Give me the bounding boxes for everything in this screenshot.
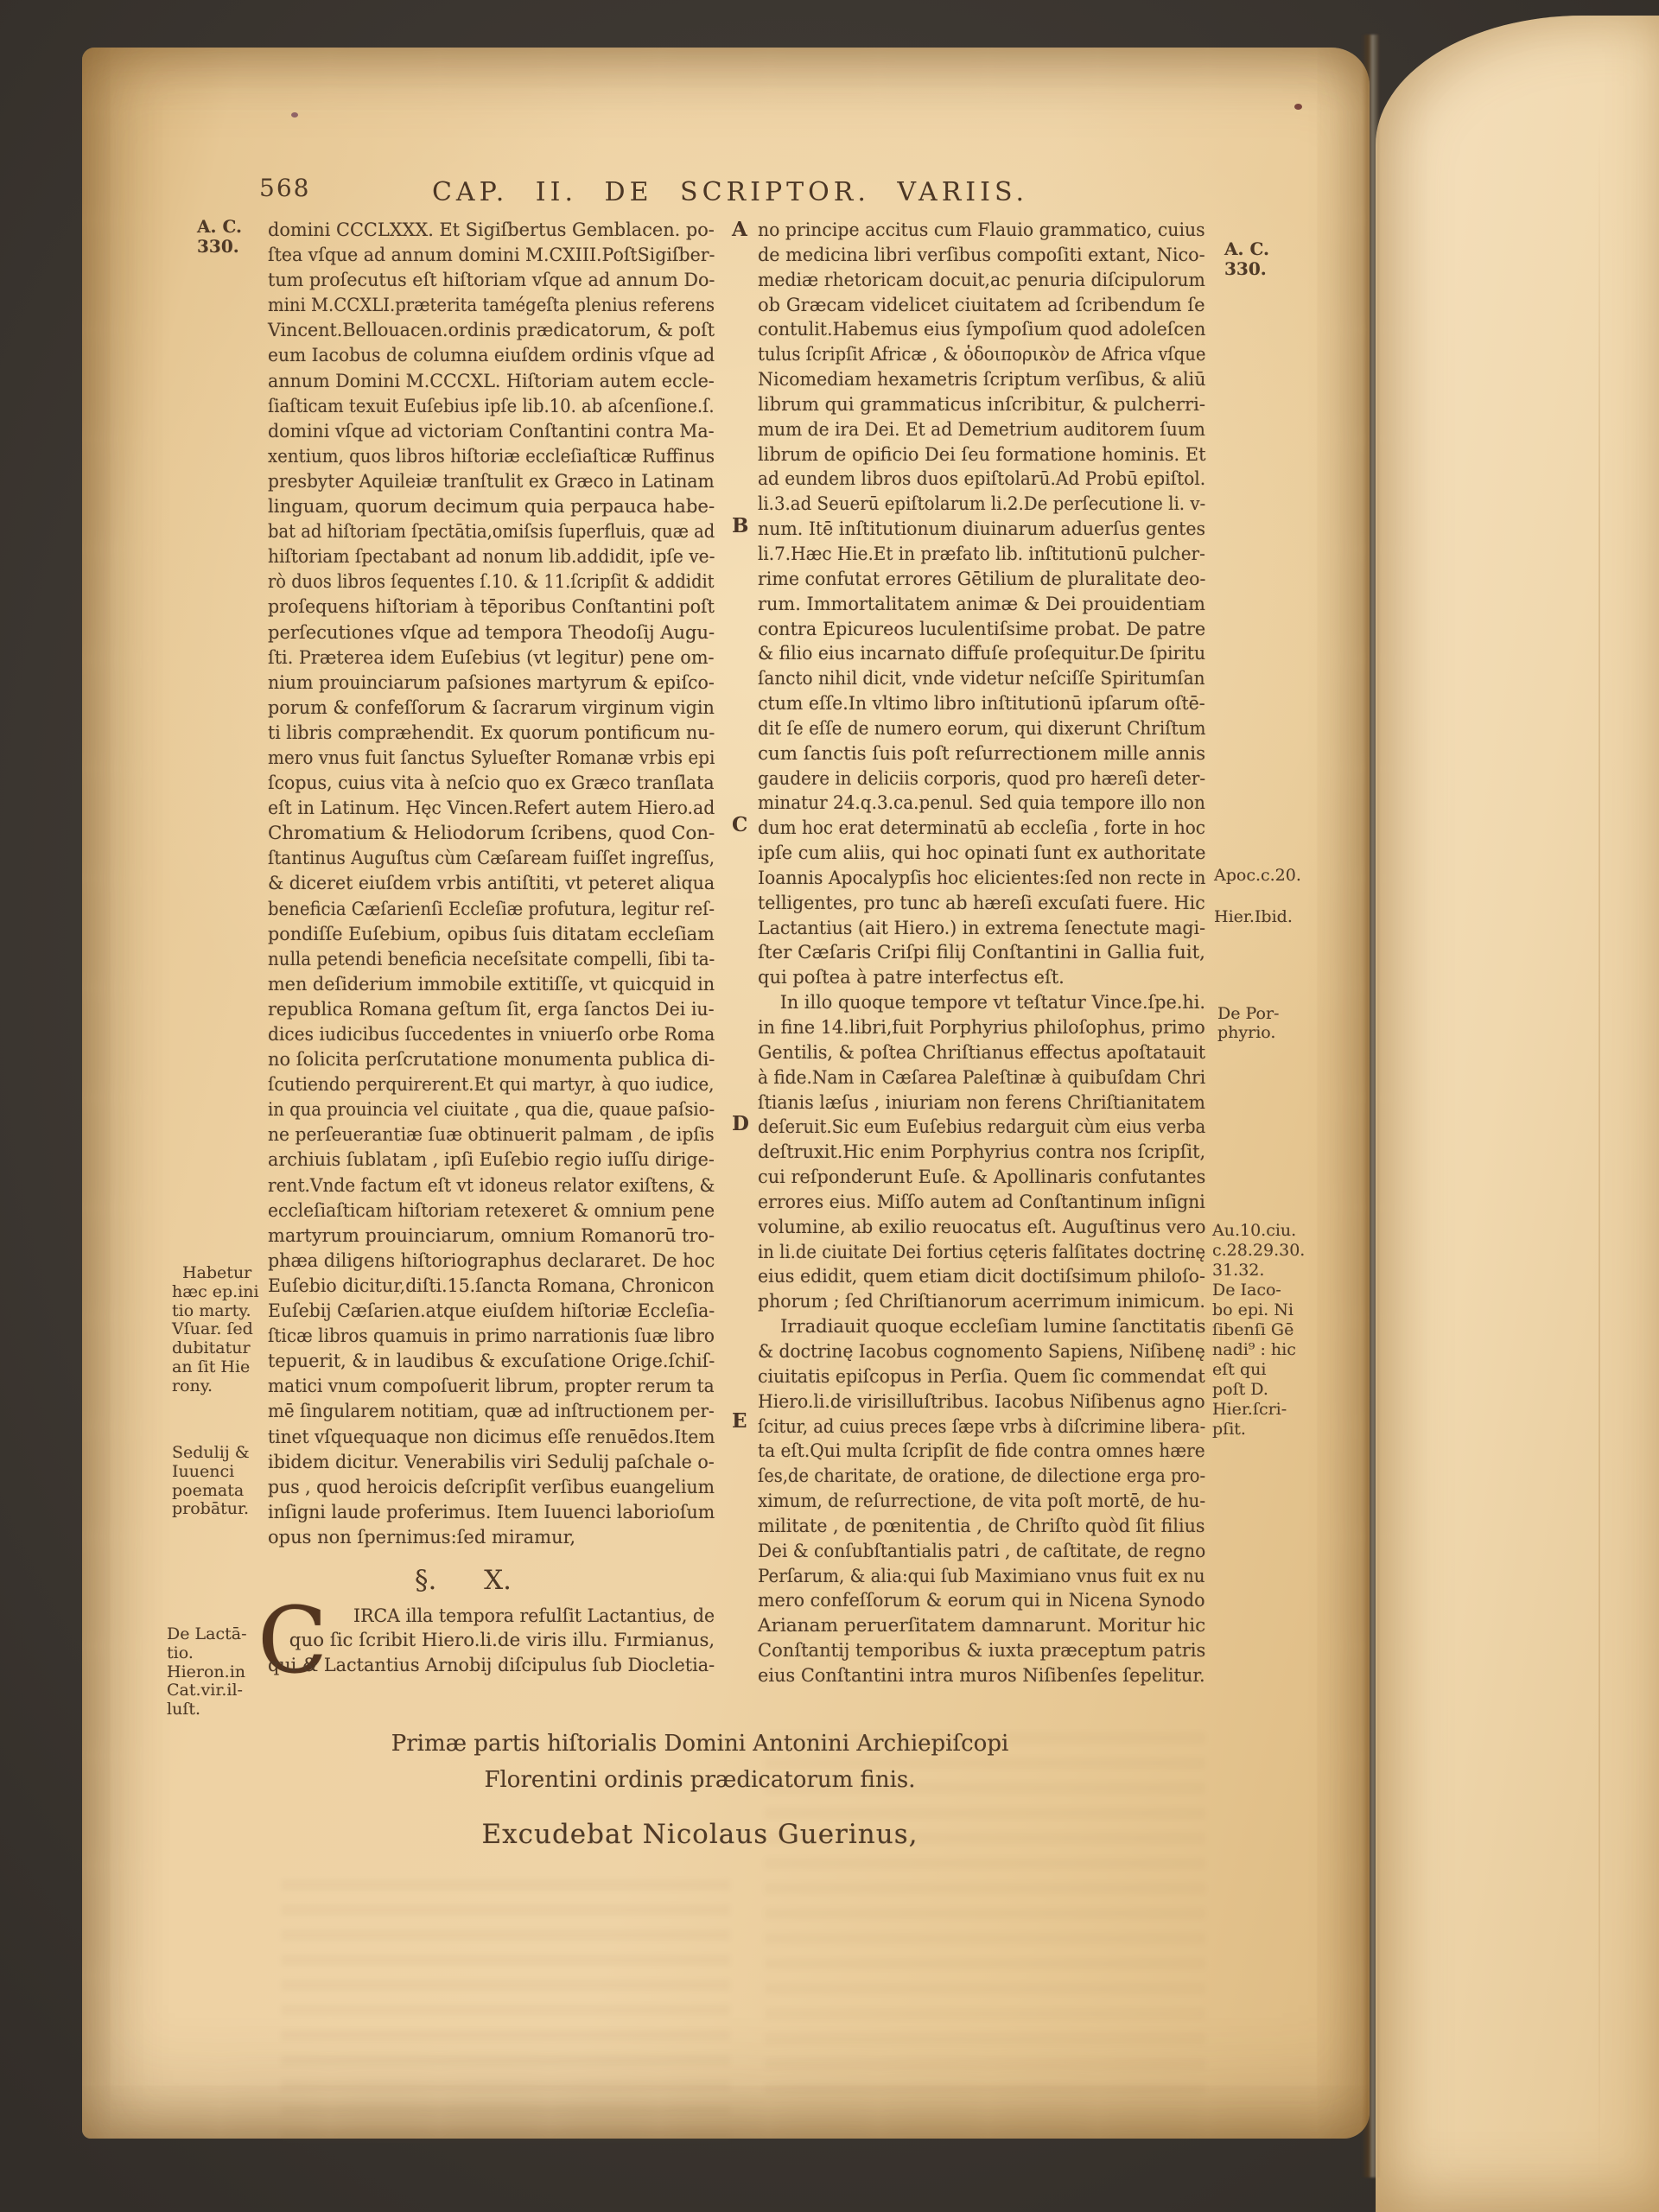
text-line: telligentes, pro tunc ab hæreſi excuſati… <box>758 891 1205 916</box>
text-line: cum ſanctis ſuis poſt reſurrectionem mil… <box>758 741 1205 766</box>
text-line: A. C. <box>1224 239 1269 259</box>
text-line: mum de ira Dei. Et ad Demetrium auditore… <box>758 417 1205 442</box>
margin-note-porphyrio: De Por-phyrio. <box>1217 1005 1279 1043</box>
text-line: nulla petendi beneficia neceſsitate comp… <box>268 947 715 972</box>
text-line: ſtea vſque ad annum domini M.CXIII.PoſtS… <box>268 243 715 268</box>
text-line: Hieron.in <box>167 1663 247 1682</box>
text-line: bat ad hiſtoriam ſpectātia,omiſsis ſuper… <box>268 519 715 544</box>
text-line: 330. <box>1224 259 1269 279</box>
left-text-column: domini CCCLXXX. Et Sigiſbertus Gemblacen… <box>268 218 715 1555</box>
page-edge-line <box>1599 119 1600 2193</box>
text-line: inſigni laude proferimus. Item Iuuenci l… <box>268 1500 715 1525</box>
text-line: 31.32. <box>1212 1261 1305 1281</box>
text-line: ibidem dicitur. Venerabilis viri Sedulij… <box>268 1450 715 1475</box>
gutter-letter-e: E <box>732 1409 758 1433</box>
text-line: no ſolicita perſcrutatione monumenta pub… <box>268 1047 715 1072</box>
text-line: Apoc.c.20. <box>1214 867 1301 886</box>
text-line: Chromatium & Heliodorum ſcribens, quod C… <box>268 821 715 846</box>
text-line: Vincent.Bellouacen.ordinis prædicatorum,… <box>268 318 715 343</box>
text-line: nium prouinciarum paſsiones martyrum & e… <box>268 671 715 696</box>
running-title: CAP. II. DE SCRIPTOR. VARIIS. <box>376 177 1084 207</box>
book-photo: 568 CAP. II. DE SCRIPTOR. VARIIS. A. C.3… <box>0 0 1659 2212</box>
text-line: ti libris compræhendit. Ex quorum pontif… <box>268 721 715 746</box>
text-line: cui reſponderunt Euſe. & Apollinaris con… <box>758 1165 1205 1190</box>
text-line: Hier.ſcri- <box>1212 1400 1305 1420</box>
text-line: ſtantinus Auguſtus cùm Cæſaream fuiſſet … <box>268 846 715 871</box>
text-line: luſt. <box>167 1700 247 1719</box>
paper-speck <box>291 112 298 118</box>
text-line: Habetur <box>172 1264 259 1283</box>
text-line: militate , de pœnitentia , de Chriſto qu… <box>758 1514 1205 1539</box>
text-line: Perſarum, & alia:qui ſub Maximiano vnus … <box>758 1564 1205 1589</box>
text-line: Hiero.li.de virisilluſtribus. Iacobus Ni… <box>758 1389 1205 1414</box>
text-line: c.28.29.30. <box>1212 1241 1305 1261</box>
text-line: dit ſe eſſe de numero eorum, qui dixerun… <box>758 716 1205 741</box>
text-line: qui poſtea à patre interfectus eſt. <box>758 965 1065 990</box>
text-line: ſti. Præterea idem Euſebius (vt legitur)… <box>268 645 715 671</box>
text-line: in qua prouincia vel ciuitate , qua die,… <box>268 1097 715 1122</box>
text-line: mero vnus fuit ſanctus Sylueſter Romanæ … <box>268 746 715 771</box>
text-line: Vſuar. ſed <box>172 1320 259 1339</box>
text-line: mero confeſſorum & eorum qui in Nicena S… <box>758 1588 1205 1613</box>
text-line: De Iaco- <box>1212 1281 1305 1300</box>
text-line: deſtruxit.Hic enim Porphyrius contra nos… <box>758 1140 1205 1165</box>
text-line: ob Græcam videlicet ciuitatem ad ſcriben… <box>758 293 1205 318</box>
text-line: mē ſingularem notitiam, quæ ad inſtructi… <box>268 1399 715 1424</box>
text-line: in li.de ciuitate Dei fortius cęteris fa… <box>758 1240 1205 1265</box>
text-line: li.7.Hæc Hie.Et in præfato lib. inſtitut… <box>758 542 1205 567</box>
text-line: ximum, de reſurrectione, de vita poſt mo… <box>758 1489 1205 1514</box>
next-page-edge <box>1376 16 1659 2212</box>
text-line: eius Conſtantini intra muros Niſibenſes … <box>758 1663 1205 1688</box>
text-line: ſes,de charitate, de oratione, de dilect… <box>758 1464 1205 1489</box>
text-line: errores eius. Miſſo autem ad Conſtantinu… <box>758 1190 1205 1215</box>
show-through-ghost <box>765 1732 1205 2104</box>
text-line: ne perſeuerantiæ ſuæ obtinuerit palmam ,… <box>268 1122 715 1147</box>
text-line: eius edidit, quem etiam dicit doctiſsimu… <box>758 1264 1205 1289</box>
margin-note-anno-left: A. C.330. <box>197 217 242 257</box>
text-line: Lactantius (ait Hiero.) in extrema ſenec… <box>758 916 1205 941</box>
text-line: Nicomediam hexametris ſcriptum verſibus,… <box>758 367 1205 392</box>
text-line: porum & confeſſorum & ſacrarum virginum … <box>268 696 715 721</box>
text-line: A. C. <box>197 217 242 237</box>
text-line: an ſit Hie <box>172 1358 259 1377</box>
margin-note-habetur: Habeturhæc ep.initio marty.Vſuar. ſeddub… <box>172 1264 259 1396</box>
gutter-crease <box>1362 35 1379 2177</box>
page-number: 568 <box>259 174 310 202</box>
text-line: Euſebio dicitur,diſti.15.ſancta Romana, … <box>268 1274 715 1299</box>
text-line: ſcopus, cuius vita à neſcio quo ex Græco… <box>268 771 715 796</box>
text-line: De Lactā- <box>167 1625 247 1644</box>
text-line: beneficia Cæſarienſi Eccleſiæ profutura,… <box>268 897 715 922</box>
right-text-column: no principe accitus cum Flauio grammatic… <box>758 218 1205 1692</box>
margin-note-hieronymus: Hier.Ibid. <box>1214 908 1293 927</box>
text-line: ſiaſticam texuit Euſebius ipſe lib.10. a… <box>268 394 715 419</box>
text-line: domini CCCLXXX. Et Sigiſbertus Gemblacen… <box>268 218 715 243</box>
text-line: hiſtoriam ſpectabant ad nonum lib.addidi… <box>268 544 715 569</box>
text-line: phyrio. <box>1217 1024 1279 1043</box>
text-line: poſt D. <box>1212 1380 1305 1400</box>
text-line: tum proſecutus eſt hiſtoriam vſque ad an… <box>268 268 715 293</box>
text-line: & filio eius incarnato diffuſe proſequit… <box>758 641 1205 666</box>
text-line: matici vnum compoſuerit librum, propter … <box>268 1374 715 1399</box>
text-line: no principe accitus cum Flauio grammatic… <box>758 218 1205 243</box>
text-line: dum hoc erat determinatū ab eccleſia , f… <box>758 816 1205 841</box>
margin-note-anno-right: A. C.330. <box>1224 239 1269 279</box>
text-line: pus , quod heroicis deſcripſit verſibus … <box>268 1475 715 1500</box>
section-mark: §. <box>415 1565 436 1596</box>
text-line: gaudere in deliciis corporis, quod pro h… <box>758 766 1205 791</box>
text-line: contulit.Habemus eius ſympoſium quod ado… <box>758 317 1205 342</box>
text-line: martyrum prouinciarum, omnium Romanorū t… <box>268 1224 715 1249</box>
text-line: ciuitatis epiſcopus in Perſia. Quem ſic … <box>758 1364 1205 1389</box>
text-line: & diceret eiuſdem vrbis antiſtiti, vt pe… <box>268 871 715 896</box>
book-page: 568 CAP. II. DE SCRIPTOR. VARIIS. A. C.3… <box>82 48 1370 2139</box>
text-line: tio. <box>167 1644 247 1663</box>
text-line: rò duos libros ſequentes ſ.10. & 11.ſcri… <box>268 569 715 594</box>
text-line: republica Romana geſtum ſit, erga ſancto… <box>268 997 715 1022</box>
text-line: Au.10.ciu. <box>1212 1221 1305 1241</box>
text-line: deſeruit.Sic eum Euſebius redarguit cùm … <box>758 1115 1205 1140</box>
text-line: volumine, ab exilio reuocatus eſt. Auguſ… <box>758 1215 1205 1240</box>
text-line: ſticæ libros quamuis in primo narrationi… <box>268 1324 715 1349</box>
text-line: eſt qui <box>1212 1360 1305 1380</box>
text-line: qui & Lactantius Arnobij diſcipulus ſub … <box>268 1654 715 1678</box>
text-line: librum de opificio Dei ſeu formatione ho… <box>758 442 1205 467</box>
circa-paragraph: IRCA illa tempora refulſit Lactantius, d… <box>268 1605 715 1678</box>
text-line: ſibenſi Gē <box>1212 1320 1305 1340</box>
text-line: bo epi. Ni <box>1212 1300 1305 1320</box>
text-line: num. Itē inſtitutionum diuinarum aduerſu… <box>758 517 1205 542</box>
text-line: Cat.vir.il- <box>167 1681 247 1700</box>
text-line: librum qui grammaticus inſcribitur, & pu… <box>758 392 1205 417</box>
margin-note-sedulij: Sedulij &Iuuencipoemataprobātur. <box>172 1444 250 1519</box>
section-heading: §. X. <box>415 1565 512 1596</box>
text-line: de medicina libri verſibus compoſiti ext… <box>758 243 1205 268</box>
text-line: men deſiderium immobile extitiſſe, vt qu… <box>268 972 715 997</box>
text-line: ſancto nihil dicit, vnde videtur neſciſſ… <box>758 666 1205 691</box>
text-line: rony. <box>172 1377 259 1396</box>
text-line: poemata <box>172 1482 250 1501</box>
text-line: ipſe cum aliis, qui hoc opinati ſunt ex … <box>758 841 1205 866</box>
margin-note-lactantio: De Lactā-tio.Hieron.inCat.vir.il-luſt. <box>167 1625 247 1719</box>
text-line: ſcutiendo perquirerent.Et qui martyr, à … <box>268 1072 715 1097</box>
text-line: Arianam peruerſitatem damnarunt. Moritur… <box>758 1613 1205 1638</box>
show-through-ghost <box>281 1879 730 2147</box>
margin-note-apocalypse: Apoc.c.20. <box>1214 867 1301 886</box>
text-line: contra Epicureos luculentiſsime probat. … <box>758 617 1205 642</box>
text-line: ctum eſſe.In vltimo libro inſtitutionū i… <box>758 691 1205 716</box>
text-line: pſit. <box>1212 1420 1305 1440</box>
text-line: ad eundem libros duos epiſtolarū.Ad Prob… <box>758 467 1205 492</box>
text-line: rime confutat errores Gētilium de plural… <box>758 567 1205 592</box>
gutter-letter-b: B <box>732 514 758 537</box>
text-line: annum Domini M.CCCXL. Hiſtoriam autem ec… <box>268 369 715 394</box>
text-line: linguam, quorum decimum quia perpauca ha… <box>268 494 715 519</box>
text-line: presbyter Aquileiæ tranſtulit ex Græco i… <box>268 469 715 494</box>
text-line: eum Iacobus de columna eiuſdem ordinis v… <box>268 343 715 368</box>
text-line: De Por- <box>1217 1005 1279 1024</box>
text-line: li.3.ad Seuerū epiſtolarum li.2.De perſe… <box>758 492 1205 517</box>
text-line: phorum ; ſed Chriſtianorum acerrimum ini… <box>758 1289 1205 1314</box>
text-line: eccleſiaſticam hiſtoriam retexeret & omn… <box>268 1198 715 1224</box>
text-line: proſequens hiſtoriam à tēporibus Conſtan… <box>268 594 715 620</box>
text-line: & doctrinę Iacobus cognomento Sapiens, N… <box>758 1339 1205 1364</box>
text-line: ſter Cæſaris Criſpi filij Conſtantini in… <box>758 940 1205 965</box>
margin-note-iacobo: Au.10.ciu.c.28.29.30.31.32.De Iaco-bo ep… <box>1212 1221 1305 1440</box>
text-line: perſecutiones vſque ad tempora Theodoſij… <box>268 620 715 645</box>
text-line: rent.Vnde factum eſt vt idoneus relator … <box>268 1173 715 1198</box>
paper-speck <box>1294 104 1302 110</box>
text-line: mediæ rhetoricam docuit,ac penuria diſci… <box>758 268 1205 293</box>
text-line: ſtianis læſus , iniuriam non ferens Chri… <box>758 1090 1205 1116</box>
gutter-letter-c: C <box>732 813 758 836</box>
text-line: à fide.Nam in Cæſarea Paleſtinæ à quibuſ… <box>758 1065 1205 1090</box>
text-line: opus non ſpernimus:ſed miramur, <box>268 1525 575 1550</box>
text-line: ta eſt.Qui multa ſcripſit de fide contra… <box>758 1439 1205 1464</box>
text-line: In illo quoque tempore vt teſtatur Vince… <box>758 990 1205 1015</box>
text-line: pondiſſe Euſebium, opibus ſuis ditatam e… <box>268 922 715 947</box>
text-line: 330. <box>197 237 242 257</box>
text-line: hæc ep.ini <box>172 1283 259 1302</box>
text-line: mini M.CCXLI.præterita tamégeſta plenius… <box>268 293 715 318</box>
text-line: nadi⁹ : hic <box>1212 1340 1305 1360</box>
text-line: dices iudicibus ſuccedentes in vniuerſo … <box>268 1022 715 1047</box>
text-line: archiuis ſublatam , ipſi Euſebio regio i… <box>268 1147 715 1173</box>
text-line: Dei & conſubſtantialis patri , de caſtit… <box>758 1539 1205 1564</box>
text-line: Irradiauit quoque eccleſiam lumine ſanct… <box>758 1314 1205 1339</box>
text-line: Euſebij Cæſarien.atque eiuſdem hiſtoriæ … <box>268 1299 715 1324</box>
text-line: xentium, quos libros hiſtoriæ eccleſiaſt… <box>268 444 715 469</box>
text-line: Gentilis, & poſtea Chriſtianus effectus … <box>758 1040 1205 1065</box>
text-line: tepuerit, & in laudibus & excuſatione Or… <box>268 1349 715 1374</box>
text-line: quo ſic ſcribit Hiero.li.de viris illu. … <box>268 1629 715 1653</box>
text-line: dubitatur <box>172 1339 259 1358</box>
text-line: domini vſque ad victoriam Conſtantini co… <box>268 419 715 444</box>
text-line: Hier.Ibid. <box>1214 908 1293 927</box>
text-line: Sedulij & <box>172 1444 250 1463</box>
text-line: Ioannis Apocalypſis hoc elicientes:ſed n… <box>758 866 1205 891</box>
text-line: probātur. <box>172 1500 250 1519</box>
text-line: minatur 24.q.3.ca.penul. Sed quia tempor… <box>758 791 1205 816</box>
text-line: phæa diligens hiſtoriographus declararet… <box>268 1249 715 1274</box>
text-line: tio marty. <box>172 1302 259 1321</box>
gutter-letter-a: A <box>732 218 758 241</box>
gutter-letter-d: D <box>732 1112 758 1135</box>
text-line: eſt in Latinum. Hęc Vincen.Refert autem … <box>268 796 715 821</box>
text-line: rum. Immortalitatem animæ & Dei prouiden… <box>758 592 1205 617</box>
text-line: tulus ſcripſit Africæ , & ὁδοιπορικὸν de… <box>758 342 1205 367</box>
text-line: Iuuenci <box>172 1463 250 1482</box>
text-line: Conſtantij temporibus & iuxta præceptum … <box>758 1638 1205 1663</box>
text-line: IRCA illa tempora refulſit Lactantius, d… <box>268 1605 715 1629</box>
text-line: tinet vſquequaque non dicimus eſſe renuē… <box>268 1425 715 1450</box>
section-number: X. <box>484 1565 512 1596</box>
text-line: in fine 14.libri,fuit Porphyrius philoſo… <box>758 1015 1205 1040</box>
text-line: ſcitur, ad cuius preces ſæpe vrbs à diſc… <box>758 1414 1205 1440</box>
